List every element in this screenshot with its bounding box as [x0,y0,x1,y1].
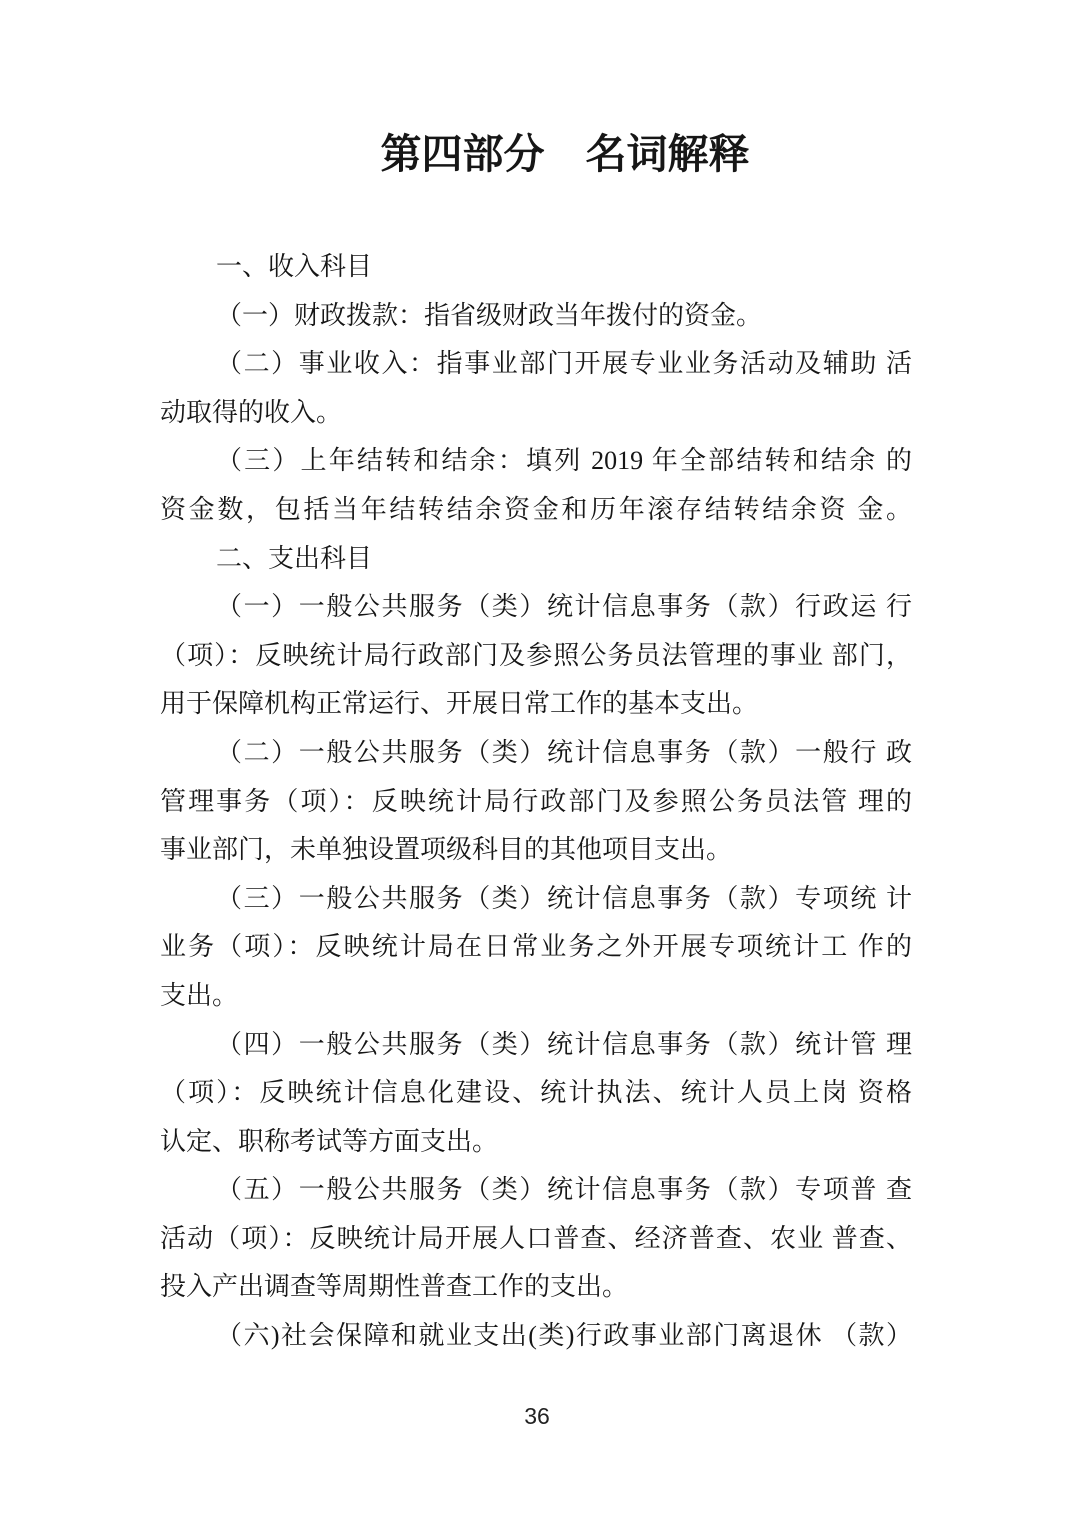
text-line: 动取得的收入。 [160,389,912,438]
text-line: （项）：反映统计信息化建设、统计执法、统计人员上岗 资格 [160,1069,912,1118]
text-line: 资金数，包括当年结转结余资金和历年滚存结转结余资 金。 [160,486,912,535]
text-line: （三）上年结转和结余：填列 2019 年全部结转和结余 的 [160,437,912,486]
text-line: 活动（项）：反映统计局开展人口普查、经济普查、农业 普查、 [160,1215,912,1264]
text-line: （四）一般公共服务（类）统计信息事务（款）统计管 理 [160,1021,912,1070]
text-line: （一）一般公共服务（类）统计信息事务（款）行政运 行 [160,583,912,632]
document-body: 一、收入科目（一）财政拨款：指省级财政当年拨付的资金。（二）事业收入：指事业部门… [160,243,912,1361]
text-line: 二、支出科目 [160,535,912,584]
text-line: 业务（项）：反映统计局在日常业务之外开展专项统计工 作的 [160,923,912,972]
text-line: （三）一般公共服务（类）统计信息事务（款）专项统 计 [160,875,912,924]
text-line: 事业部门，未单独设置项级科目的其他项目支出。 [160,826,912,875]
text-line: 认定、职称考试等方面支出。 [160,1118,912,1167]
text-line: （六)社会保障和就业支出(类)行政事业部门离退休 （款） [160,1312,912,1361]
text-line: 支出。 [160,972,912,1021]
text-line: （一）财政拨款：指省级财政当年拨付的资金。 [160,292,912,341]
text-line: 管理事务（项）：反映统计局行政部门及参照公务员法管 理的 [160,778,912,827]
page-title: 第四部分 名词解释 [56,124,1074,184]
text-line: 一、收入科目 [160,243,912,292]
document-page: 第四部分 名词解释 一、收入科目（一）财政拨款：指省级财政当年拨付的资金。（二）… [0,0,1074,1520]
text-line: 用于保障机构正常运行、开展日常工作的基本支出。 [160,680,912,729]
page-number: 36 [0,1400,1074,1432]
text-line: （项）：反映统计局行政部门及参照公务员法管理的事业 部门， [160,632,912,681]
text-line: （二）事业收入：指事业部门开展专业业务活动及辅助 活 [160,340,912,389]
text-line: （二）一般公共服务（类）统计信息事务（款）一般行 政 [160,729,912,778]
text-line: （五）一般公共服务（类）统计信息事务（款）专项普 查 [160,1166,912,1215]
text-line: 投入产出调查等周期性普查工作的支出。 [160,1263,912,1312]
